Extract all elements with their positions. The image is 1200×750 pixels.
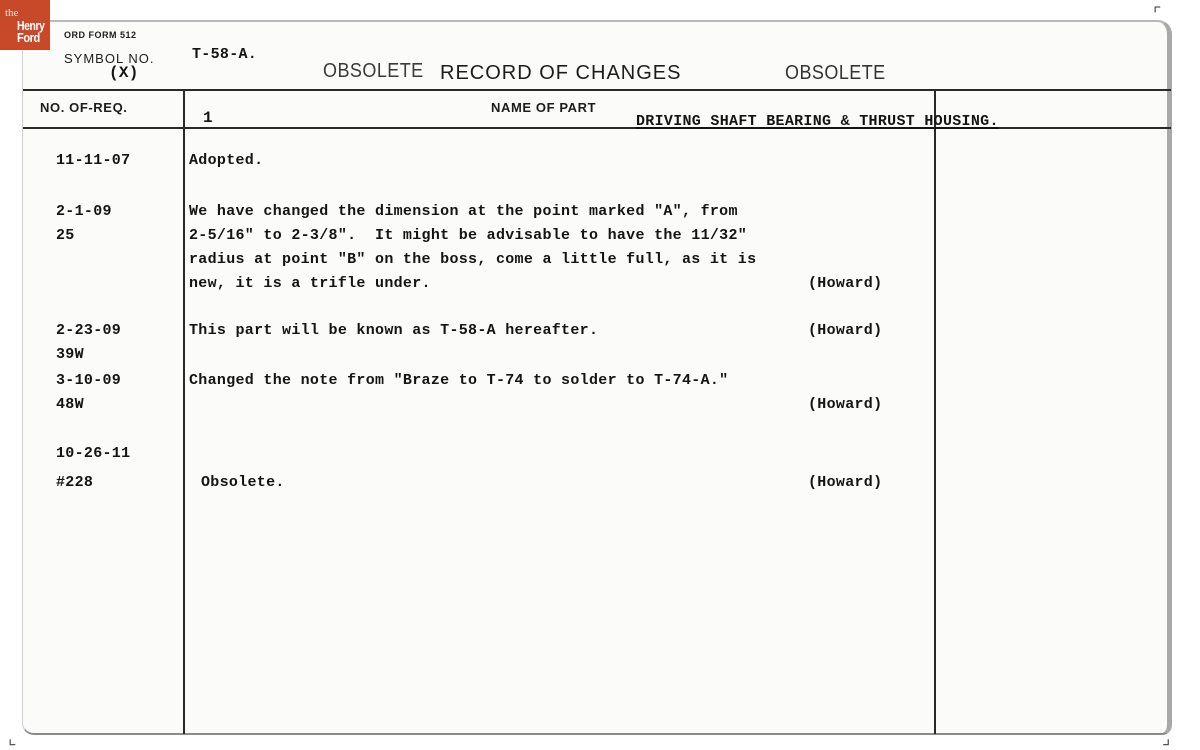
column-divider-left (183, 89, 185, 734)
entry-text-line: This part will be known as T-58-A hereaf… (189, 322, 598, 339)
column-divider-right (934, 89, 936, 734)
no-of-req-value: 1 (203, 109, 213, 127)
entry-date: 2-1-09 (56, 203, 112, 220)
entry-author: (Howard) (808, 322, 882, 339)
entry-text-line: We have changed the dimension at the poi… (189, 203, 738, 220)
logo-ford: Ford (17, 30, 40, 45)
henry-ford-logo: the Henry Ford (0, 0, 50, 50)
symbol-value: T-58-A. (192, 46, 257, 63)
entry-date: 2-23-09 (56, 322, 121, 339)
entry-ref: 48W (56, 396, 84, 413)
name-of-part-label: NAME OF PART (491, 100, 596, 115)
form-id: ORD FORM 512 (64, 30, 137, 40)
entry-author: (Howard) (808, 474, 882, 491)
entry-ref: #228 (56, 474, 93, 491)
entry-text-line: new, it is a trifle under. (189, 275, 431, 292)
header-rule-bottom (23, 127, 1171, 129)
card-title: RECORD OF CHANGES (440, 62, 681, 85)
entry-text-line: Adopted. (189, 152, 263, 169)
entry-text-line: 2-5/16" to 2-3/8". It might be advisable… (189, 227, 747, 244)
obsolete-stamp-right: OBSOLETE (785, 62, 886, 85)
entry-ref: 39W (56, 346, 84, 363)
crop-mark-top-right: ⌜ (1153, 4, 1161, 25)
entry-text-line: Obsolete. (201, 474, 285, 491)
crop-mark-bottom-left: ⌞ (8, 728, 16, 749)
crop-mark-bottom-right: ⌟ (1162, 728, 1170, 749)
header-rule-top (23, 89, 1171, 91)
entry-text-line: Changed the note from "Braze to T-74 to … (189, 372, 728, 389)
entry-text-line: radius at point "B" on the boss, come a … (189, 251, 756, 268)
obsolete-stamp-left: OBSOLETE (323, 60, 424, 83)
entry-date: 3-10-09 (56, 372, 121, 389)
entry-date: 10-26-11 (56, 445, 130, 462)
name-of-part-value: DRIVING SHAFT BEARING & THRUST HOUSING. (636, 113, 999, 130)
symbol-mark: (X) (109, 64, 139, 82)
entry-ref: 25 (56, 227, 75, 244)
entry-author: (Howard) (808, 275, 882, 292)
entry-date: 11-11-07 (56, 152, 130, 169)
entry-author: (Howard) (808, 396, 882, 413)
no-of-req-label: NO. OF-REQ. (40, 100, 128, 115)
